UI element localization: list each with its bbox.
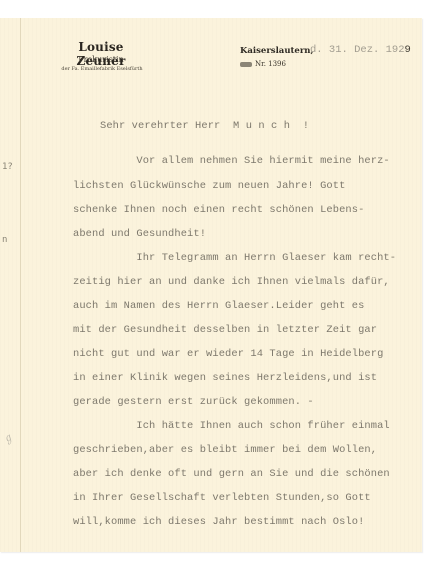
letter-date: d. 31. Dez. 1929 bbox=[310, 44, 411, 56]
salutation: Sehr verehrter Herr M u n c h ! bbox=[100, 120, 309, 132]
letterhead-city: Kaiserslautern, bbox=[240, 46, 313, 56]
body-line: Vor allem nehmen Sie hiermit meine herz- bbox=[73, 155, 390, 167]
body-line: zeitig hier an und danke ich Ihnen vielm… bbox=[73, 276, 390, 288]
body-line: aber ich denke oft und gern an Sie und d… bbox=[73, 468, 390, 480]
body-line: gerade gestern erst zurück gekommen. - bbox=[73, 396, 314, 408]
body-line: abend und Gesundheit! bbox=[73, 228, 206, 240]
body-line: lichsten Glückwünsche zum neuen Jahre! G… bbox=[73, 180, 345, 192]
body-line: auch im Namen des Herrn Glaeser.Leider g… bbox=[73, 300, 364, 312]
phone-number: Nr. 1396 bbox=[255, 60, 286, 68]
body-line: in einer Klinik wegen seines Herzleidens… bbox=[73, 372, 377, 384]
body-line: in Ihrer Gesellschaft verlebten Stunden,… bbox=[73, 492, 371, 504]
body-line: will,komme ich dieses Jahr bestimmt nach… bbox=[73, 516, 364, 528]
margin-fragment: n bbox=[2, 235, 7, 245]
page-fold-line bbox=[20, 18, 21, 552]
body-line: Ich hätte Ihnen auch schon früher einmal bbox=[73, 420, 390, 432]
letterhead-company: der Fa. Emaillefabrik Eselsfürth bbox=[46, 66, 158, 72]
letterhead-title: Prokuristin bbox=[58, 55, 144, 64]
body-line: Ihr Telegramm an Herrn Glaeser kam recht… bbox=[73, 252, 396, 264]
letterhead-phone: Nr. 1396 bbox=[240, 60, 286, 68]
body-line: mit der Gesundheit desselben in letzter … bbox=[73, 324, 377, 336]
date-text: d. 31. Dez. 192 bbox=[310, 44, 405, 56]
telephone-icon bbox=[240, 62, 252, 67]
body-line: schenke Ihnen noch einen recht schönen L… bbox=[73, 204, 364, 216]
margin-fragment: 1? bbox=[2, 162, 13, 172]
date-year-digit: 9 bbox=[405, 44, 411, 56]
body-line: geschrieben,aber es bleibt immer bei dem… bbox=[73, 444, 377, 456]
body-line: nicht gut und war er wieder 14 Tage in H… bbox=[73, 348, 383, 360]
